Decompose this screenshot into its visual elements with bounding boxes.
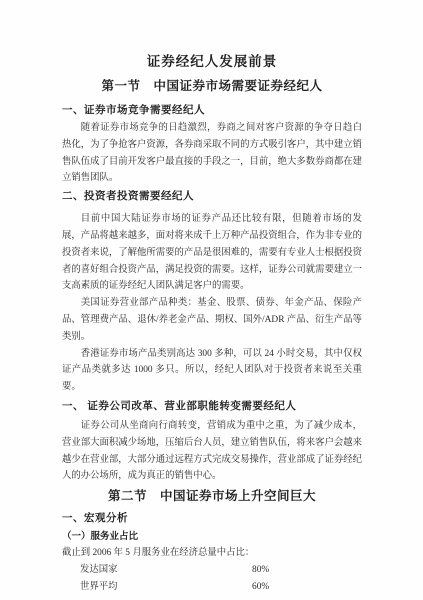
heading-market-competition: 一、证券市场竞争需要经纪人 bbox=[62, 103, 362, 118]
paragraph-reform: 证券公司从坐商向行商转变，营销成为重中之重，为了减少成本，营业部大面积减少场地，… bbox=[62, 418, 362, 485]
paragraph-service-share-intro: 截止到 2006 年 5 月服务业在经济总量中占比： bbox=[62, 545, 362, 562]
document-page: 证券经纪人发展前景 第一节 中国证券市场需要证券经纪人 一、证券市场竞争需要经纪… bbox=[0, 0, 423, 600]
stat-row-developed-countries: 发达国家 80% bbox=[62, 562, 362, 579]
stat-value: 60% bbox=[252, 579, 269, 596]
section-1-title: 第一节 中国证券市场需要证券经纪人 bbox=[62, 77, 362, 95]
heading-company-reform: 一、 证券公司改革、营业部职能转变需要经纪人 bbox=[62, 399, 362, 414]
heading-macro-analysis: 一、宏观分析 bbox=[62, 511, 362, 526]
stat-value: 80% bbox=[252, 562, 269, 579]
paragraph-products-limited: 目前中国大陆证券市场的证券产品还比较有限，但随着市场的发展，产品将越来越多，面对… bbox=[62, 211, 362, 295]
subheading-service-share: （一）服务业占比 bbox=[62, 530, 362, 543]
paragraph-hk-products: 香港证券市场产品类别高达 300 多种，可以 24 小时交易，其中仅权证产品类就… bbox=[62, 346, 362, 396]
paragraph-competition: 随着证券市场竞争的日趋激烈，券商之间对客户资源的争夺日趋白热化，为了争抢客户资源… bbox=[62, 120, 362, 187]
stat-label: 发达国家 bbox=[80, 565, 118, 575]
stat-row-world-average: 世界平均 60% bbox=[62, 579, 362, 596]
section-2-title: 第二节 中国证券市场上升空间巨大 bbox=[62, 487, 362, 505]
paragraph-us-products: 美国证券营业部产品种类：基金、股票、债券、年金产品、保险产品、管理费产品、退休/… bbox=[62, 295, 362, 345]
heading-investor-need: 二、投资者投资需要经纪人 bbox=[62, 189, 362, 204]
stat-label: 世界平均 bbox=[80, 582, 118, 592]
doc-title: 证券经纪人发展前景 bbox=[62, 53, 362, 71]
